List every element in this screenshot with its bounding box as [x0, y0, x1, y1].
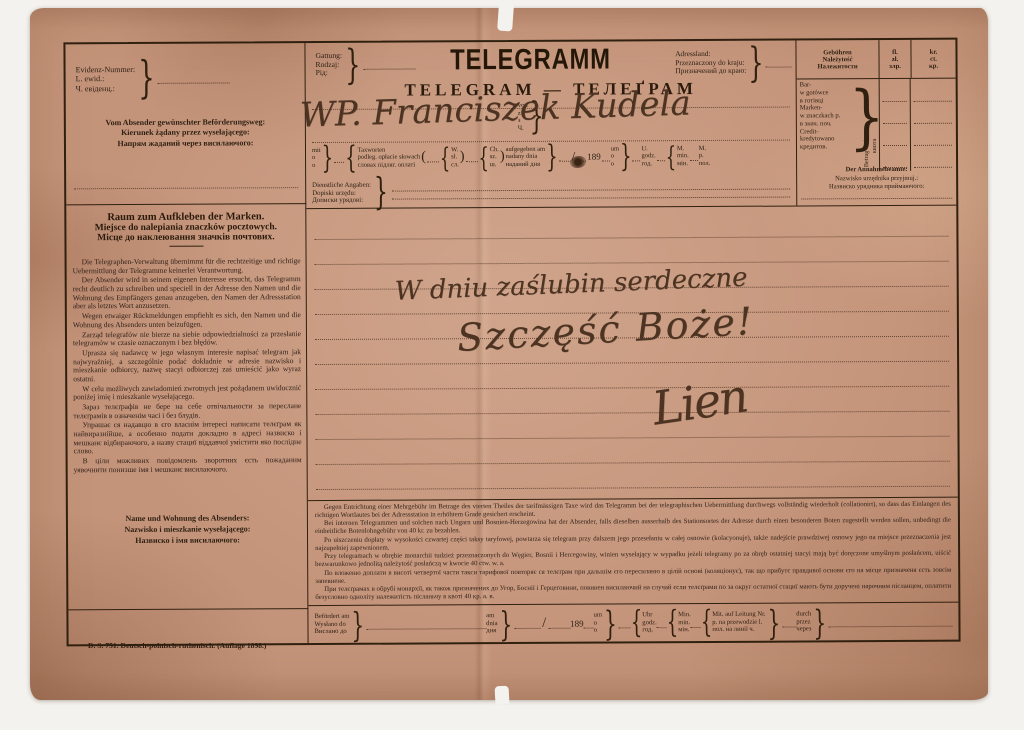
brace-glyph	[345, 140, 357, 176]
routing-request-block: Vom Absender gewünschter Beförderungsweg…	[66, 117, 305, 149]
am-uk: дня	[486, 627, 497, 635]
handwritten-message-line2: Szczęść Boże!	[456, 299, 755, 360]
left-column-divider	[66, 203, 306, 205]
brace-glyph	[499, 603, 512, 644]
min-uk: мін.	[678, 626, 691, 634]
fine-print-paragraph: При телєґрамах в обрубі монархії, як так…	[315, 583, 951, 602]
heading-rule	[169, 246, 203, 247]
um-uk: o	[611, 160, 619, 168]
fee-header-labels: Gebühren Należytość Належитости	[796, 40, 879, 78]
gattung-labels: Gattung: Rodzaj: Рід:	[315, 52, 342, 78]
evidence-number-labels: Evidenz-Nummer: L. ewid.: Ч. евіденц.:	[76, 65, 136, 93]
brace-glyph	[631, 605, 643, 641]
am-labels: am dnia дня	[486, 612, 497, 635]
durch-labels: durch przez через	[796, 611, 811, 634]
durch-pl: przez	[796, 618, 811, 626]
evidenz-label-de: Evidenz-Nummer:	[76, 65, 136, 74]
brace-glyph	[322, 140, 334, 176]
dotted-line	[828, 616, 952, 627]
dotted-line	[632, 152, 640, 162]
uhr-labels: U. godz. год.	[641, 145, 655, 167]
brace-glyph	[666, 140, 676, 172]
adressland-labels: Adressland: Przeznaczony do kraju: Призн…	[675, 50, 746, 76]
um-uk: o	[594, 627, 602, 635]
dispatch-row: Befördert am Wysłano do Вислано до am dn…	[308, 602, 958, 643]
befoerdert-de: Befördert am	[314, 613, 349, 621]
instruction-paragraph: Die Telegraphen-Verwaltung übernimmt für…	[73, 257, 301, 276]
brace-glyph	[701, 605, 713, 641]
dotted-line	[576, 152, 586, 162]
dotted-line	[602, 152, 610, 162]
brace-glyph	[351, 604, 364, 645]
uhr-labels: Uhr godz. год.	[642, 611, 657, 634]
brace-glyph	[546, 139, 558, 175]
left-column: Evidenz-Nummer: L. ewid.: Ч. евіденц.: V…	[65, 43, 308, 644]
ch-de: Ch.	[490, 146, 499, 154]
dotted-line	[74, 187, 298, 189]
min-labels: Min. min. мін.	[678, 611, 691, 634]
taxworten-labels: Taxworten podleg. opłacie słowach словах…	[358, 146, 421, 169]
dotted-line	[366, 619, 486, 630]
w-uk: сл.	[451, 161, 459, 169]
aufgegeben-uk: наданий дня	[506, 161, 546, 169]
dienstliche-labels: Dienstliche Angaben: Dopiski urzędu: Доп…	[312, 182, 371, 206]
dotted-line	[690, 151, 698, 161]
dotted-line	[914, 123, 952, 124]
dotted-line	[427, 153, 439, 163]
kvota-vertical: квота	[871, 139, 878, 153]
instruction-paragraph: Wegen etwaiger Rückmeldungen empfiehlt e…	[73, 311, 301, 330]
telegram-paper-sheet: Evidenz-Nummer: L. ewid.: Ч. евіденц.: V…	[30, 8, 988, 700]
mit-pl: o	[312, 154, 321, 162]
fee-header: Gebühren Należytość Належитости fl. zł. …	[796, 40, 955, 80]
brace-glyph	[478, 141, 488, 173]
dotted-line	[914, 145, 952, 146]
mit-de: mit	[312, 147, 321, 155]
mittag-labels: M. p. пол.	[699, 145, 711, 167]
stamp-heading-uk: Місце до наклеювання значків почтових.	[66, 232, 305, 243]
word-count-w-labels: W. sł. сл.	[451, 146, 459, 168]
fee-body: Bar- w gotówce в готівці Marken- w znacz…	[797, 79, 956, 172]
paren-glyph: (	[421, 150, 426, 166]
durch-uk: через	[796, 626, 811, 634]
befoerdert-uk: Вислано до	[314, 628, 349, 636]
paren-glyph: )	[500, 149, 505, 165]
instruction-paragraph: Uprasza się nadawcę w jego własnym inter…	[73, 348, 301, 384]
year-prefix: 189	[587, 152, 601, 162]
center-header: Gattung: Rodzaj: Рід: TELEGRAMM Adressla…	[305, 41, 796, 209]
scanned-telegram-form: Evidenz-Nummer: L. ewid.: Ч. евіденц.: V…	[0, 0, 1024, 730]
betrag-kwota-vertical: Betrag — kwota	[863, 126, 870, 167]
adressland-label-uk: Призначений до краю:	[675, 67, 746, 76]
dotted-line	[883, 123, 907, 124]
dotted-line	[158, 73, 230, 83]
torn-notch-bottom	[495, 686, 510, 705]
sender-label-uk: Назвиско і імя висилаючого:	[68, 535, 307, 547]
dotted-line	[914, 101, 952, 102]
fine-print-block: Gegen Entrichtung einer Mehrgebühr im Be…	[308, 497, 959, 605]
dotted-line	[883, 145, 907, 146]
paren-glyph: )	[460, 149, 465, 165]
ruled-line	[315, 261, 949, 265]
am-de: am	[486, 612, 497, 620]
leitung-labels: Mit. auf Leitung Nr. p. na przewodzie l.…	[712, 611, 765, 634]
word-count-ch-labels: Ch. sz. ш.	[490, 146, 499, 168]
w-pl: sł.	[451, 154, 459, 162]
dotted-line	[514, 618, 540, 628]
gattung-label-uk: Рід:	[316, 69, 343, 78]
dotted-line	[392, 189, 790, 192]
uhr-uk: год.	[642, 160, 656, 168]
sender-name-block: Name und Wohnung des Absenders: Nazwisko…	[68, 513, 307, 547]
dotted-line	[766, 58, 792, 68]
dienst-uk: Дописки урядові:	[312, 197, 371, 205]
um-labels: um o o	[594, 612, 603, 635]
accepting-clerk-block: Der Annahmebeamte: Nazwisko urzędnika pr…	[797, 166, 956, 193]
fee-col-fl: fl. zł. злр.	[879, 40, 911, 78]
dotted-line	[559, 152, 571, 162]
kr-uk: кр.	[912, 62, 956, 69]
min-de: Min.	[678, 611, 691, 619]
dotted-line	[657, 151, 665, 161]
dotted-line	[883, 101, 907, 102]
form-border-frame: Evidenz-Nummer: L. ewid.: Ч. евіденц.: V…	[63, 38, 960, 647]
fee-line: кредитов.	[800, 143, 856, 151]
dotted-fill	[392, 189, 790, 200]
route-label-uk: Напрям жаданий через висилаючого:	[66, 138, 305, 150]
handwritten-message-line1: W dniu zaślubin serdeczne	[394, 263, 748, 307]
ch-pl: sz.	[490, 154, 499, 162]
fee-box: Gebühren Należytość Належитости fl. zł. …	[795, 40, 956, 206]
mittag-uk: пол.	[699, 160, 711, 168]
brace-glyph	[620, 139, 632, 175]
brace-glyph	[138, 53, 155, 104]
brace-glyph	[767, 602, 780, 643]
official-notes-row: Dienstliche Angaben: Dopiski urzędu: Доп…	[312, 179, 790, 207]
slash-glyph: /	[542, 615, 546, 631]
fee-column-line	[910, 79, 911, 171]
ruled-line	[316, 486, 950, 490]
min-uk: мін.	[677, 160, 689, 168]
instruction-paragraph: Zarząd telegrafów nie bierze na siebie o…	[73, 330, 301, 349]
tax-words-row: mit o o Taxworten podleg. opłacie słowac…	[312, 145, 794, 170]
um-de: um	[611, 145, 619, 153]
fee-payment-modes: Bar- w gotówce в готівці Marken- w znacz…	[800, 81, 856, 151]
instructions-text: Die Telegraphen-Verwaltung übernimmt für…	[73, 257, 302, 476]
instruction-paragraph: Der Absender wird in seinem eigenen Inte…	[73, 275, 301, 311]
dotted-line	[691, 618, 701, 628]
ruled-line	[316, 461, 950, 465]
w-de: W.	[451, 146, 459, 154]
um-labels: um o o	[611, 145, 619, 167]
uhr-de: U.	[641, 145, 655, 153]
stamp-space-heading: Raum zum Aufkleben der Marken. Miejsce d…	[66, 211, 305, 247]
brace-glyph	[667, 605, 679, 641]
min-pl: min.	[678, 619, 691, 627]
befoerdert-pl: Wysłano do	[314, 621, 349, 629]
dotted-line	[548, 618, 570, 628]
instruction-paragraph: W celu możliwych zawiadomień zwrotnych j…	[73, 384, 301, 403]
durch-de: durch	[796, 611, 811, 619]
message-area: W dniu zaślubin serdeczne Szczęść Boże! …	[306, 205, 958, 500]
mit-uk: o	[312, 162, 321, 170]
dotted-line	[584, 618, 594, 628]
adressland-block: Adressland: Przeznaczony do kraju: Призн…	[675, 49, 791, 78]
um-pl: o	[611, 153, 619, 161]
ruled-line	[315, 411, 949, 415]
ruled-line	[315, 386, 949, 390]
torn-notch-top	[497, 5, 514, 32]
dotted-line	[619, 618, 631, 628]
left-column-bottom-line	[68, 608, 308, 610]
um-de: um	[594, 612, 602, 620]
uhr-uk: год.	[642, 627, 657, 635]
uhr-pl: godz.	[642, 619, 657, 627]
mittag-pl: p.	[699, 152, 711, 160]
fl-uk: злр.	[880, 62, 911, 69]
dotted-line	[782, 617, 796, 627]
min-labels: M. min. мін.	[677, 145, 689, 167]
min-de: M.	[677, 145, 689, 153]
year-prefix: 189	[570, 618, 584, 628]
clerk-uk: Назвиско урядника приймаючого:	[797, 183, 956, 192]
instruction-paragraph: В ціли можливих повідомлень зворотних єс…	[74, 456, 302, 475]
ruled-line	[314, 236, 948, 240]
instruction-paragraph: Зараз телєґрафів не бере на себе отвічал…	[73, 402, 301, 421]
brace-glyph	[440, 141, 450, 173]
instruction-paragraph: Упрашає ся надавцю в єго власнім інтерес…	[73, 420, 301, 456]
form-title: TELEGRAMM	[346, 43, 715, 78]
dotted-line	[657, 618, 667, 628]
taxworten-uk: словах підляг. оплаті	[358, 161, 421, 169]
fee-uk: Належитости	[797, 63, 879, 70]
dotted-line	[392, 197, 790, 200]
handwritten-signature: Lien	[649, 369, 750, 436]
brace-glyph	[813, 601, 826, 642]
brace-glyph	[604, 603, 617, 644]
um-pl: o	[594, 619, 602, 627]
evidenz-label-pl: L. ewid.:	[76, 74, 136, 83]
am-pl: dnia	[486, 620, 497, 628]
slash-glyph: /	[572, 149, 576, 165]
aufgegeben-labels: aufgegeben am nadany dnia наданий дня	[506, 146, 546, 169]
evidence-number-block: Evidenz-Nummer: L. ewid.: Ч. евіденц.:	[76, 63, 230, 94]
mittag-de: M.	[699, 145, 711, 153]
evidenz-label-uk: Ч. евіденц.:	[76, 84, 136, 93]
min-pl: min.	[677, 153, 689, 161]
uhr-pl: godz.	[641, 153, 655, 161]
fee-col-kr: kr. ct. кр.	[911, 40, 955, 78]
ruled-line	[316, 436, 950, 440]
befoerdert-labels: Befördert am Wysłano do Вислано до	[314, 613, 349, 636]
dotted-line	[801, 198, 952, 200]
uhr-de: Uhr	[642, 611, 657, 619]
dotted-line	[466, 152, 478, 162]
form-number-note: D. S. 751. Deutsch-polnisch-ruthenisch. …	[88, 641, 266, 650]
leitung-uk: пол. на линії ч.	[712, 626, 765, 634]
dotted-line	[334, 153, 344, 163]
ch-uk: ш.	[490, 161, 499, 169]
mit-labels: mit o o	[312, 147, 321, 169]
ruled-line	[315, 361, 949, 365]
